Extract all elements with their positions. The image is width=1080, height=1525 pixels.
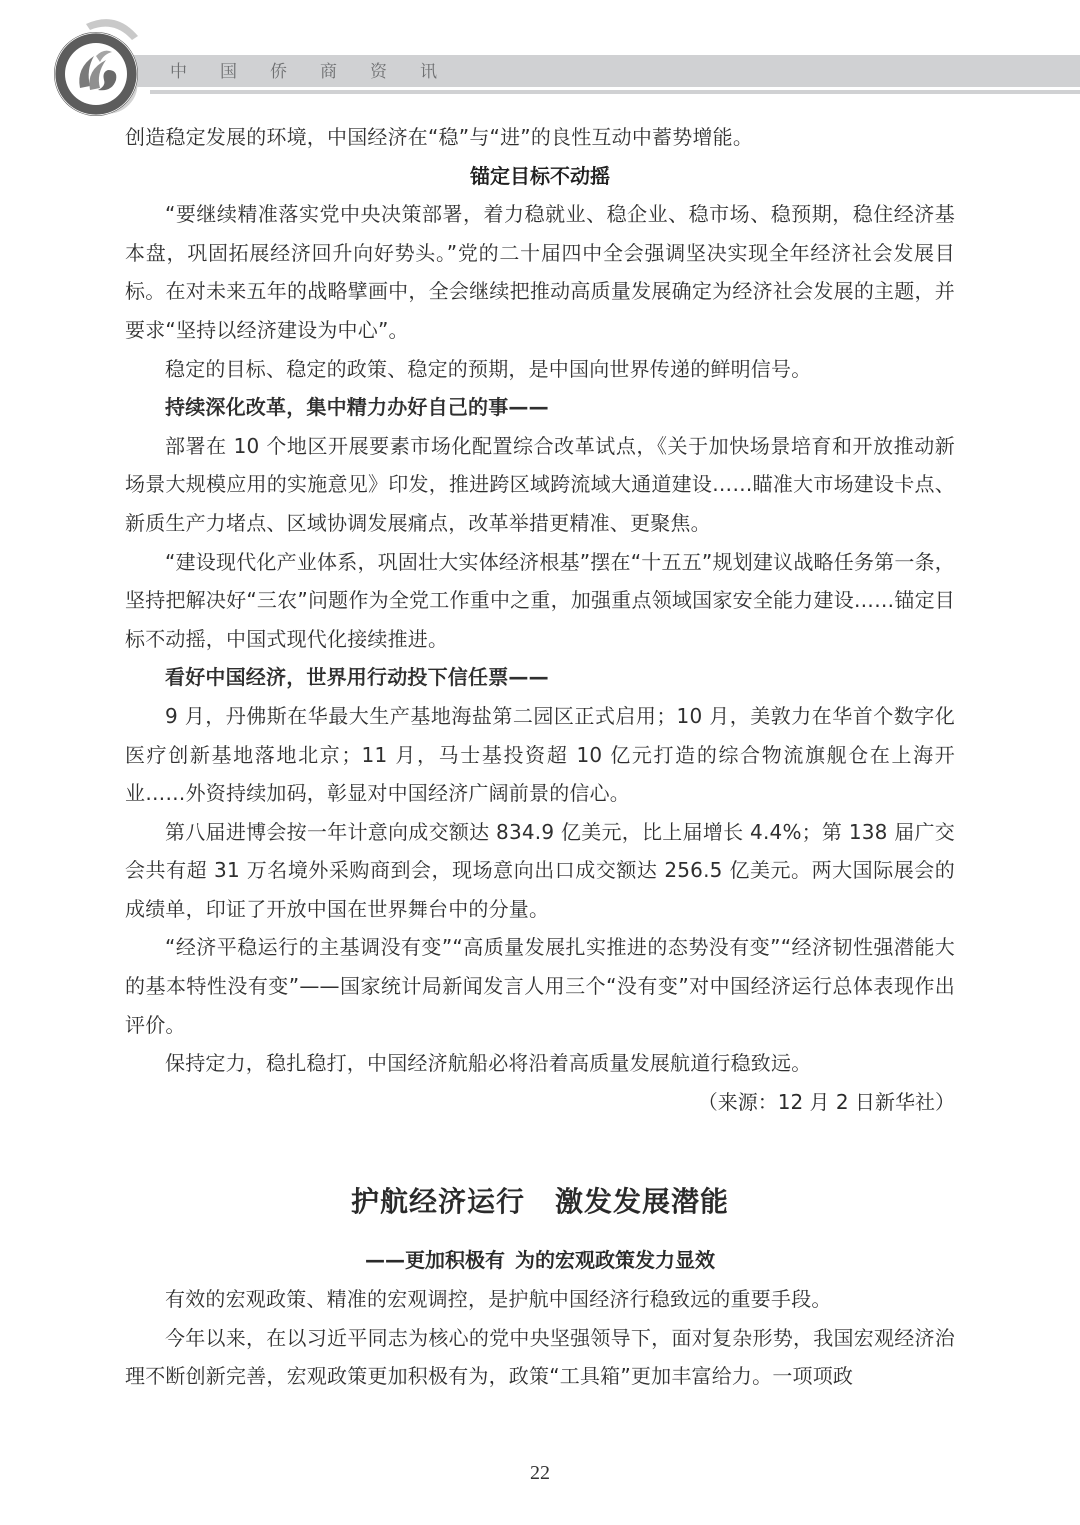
paragraph: “建设现代化产业体系，巩固壮大实体经济根基”摆在“十五五”规划建议战略任务第一条…	[125, 543, 955, 659]
paragraph: 有效的宏观政策、精准的宏观调控，是护航中国经济行稳致远的重要手段。	[125, 1280, 955, 1319]
article-subtitle-part: ——更加积极有	[365, 1248, 505, 1272]
page-header: 中 国 侨 商 资 讯	[0, 0, 1080, 120]
publication-title-char: 中	[170, 58, 220, 86]
paragraph: “要继续精准落实党中央决策部署，着力稳就业、稳企业、稳市场、稳预期，稳住经济基本…	[125, 195, 955, 349]
paragraph: 今年以来，在以习近平同志为核心的党中央坚强领导下，面对复杂形势，我国宏观经济治理…	[125, 1319, 955, 1396]
header-rule	[150, 90, 1080, 94]
article-subtitle-part: 为的宏观政策发力显效	[515, 1248, 715, 1272]
article-title: 护航经济运行激发发展潜能	[125, 1180, 955, 1224]
publication-title-char: 国	[220, 58, 270, 86]
paragraph: 9 月，丹佛斯在华最大生产基地海盐第二园区正式启用；10 月，美敦力在华首个数字…	[125, 697, 955, 813]
publication-title-char: 商	[320, 58, 370, 86]
publication-title-char: 侨	[270, 58, 320, 86]
source-citation: （来源：12 月 2 日新华社）	[125, 1083, 955, 1122]
paragraph: 保持定力，稳扎稳打，中国经济航船必将沿着高质量发展航道行稳致远。	[125, 1044, 955, 1083]
publication-title: 中 国 侨 商 资 讯	[170, 58, 470, 86]
article-body: 创造稳定发展的环境，中国经济在“稳”与“进”的良性互动中蓄势增能。 锚定目标不动…	[125, 118, 955, 1121]
page-number: 22	[0, 1462, 1080, 1485]
lead-heading: 看好中国经济，世界用行动投下信任票——	[125, 658, 955, 697]
article-2: 护航经济运行激发发展潜能 ——更加积极有为的宏观政策发力显效 有效的宏观政策、精…	[125, 1180, 955, 1396]
section-heading: 锚定目标不动摇	[125, 157, 955, 196]
paragraph: “经济平稳运行的主基调没有变”“高质量发展扎实推进的态势没有变”“经济韧性强潜能…	[125, 928, 955, 1044]
paragraph: 稳定的目标、稳定的政策、稳定的预期，是中国向世界传递的鲜明信号。	[125, 350, 955, 389]
article-title-part: 护航经济运行	[351, 1185, 525, 1218]
paragraph: 部署在 10 个地区开展要素市场化配置综合改革试点，《关于加快场景培育和开放推动…	[125, 427, 955, 543]
publication-title-char: 资	[370, 58, 420, 86]
lead-heading: 持续深化改革，集中精力办好自己的事——	[125, 388, 955, 427]
opening-line: 创造稳定发展的环境，中国经济在“稳”与“进”的良性互动中蓄势增能。	[125, 118, 955, 157]
federation-logo-icon	[46, 8, 156, 118]
paragraph: 第八届进博会按一年计意向成交额达 834.9 亿美元，比上届增长 4.4%；第 …	[125, 813, 955, 929]
article-title-part: 激发发展潜能	[555, 1185, 729, 1218]
publication-title-char: 讯	[420, 58, 470, 86]
article-subtitle: ——更加积极有为的宏观政策发力显效	[125, 1240, 955, 1280]
